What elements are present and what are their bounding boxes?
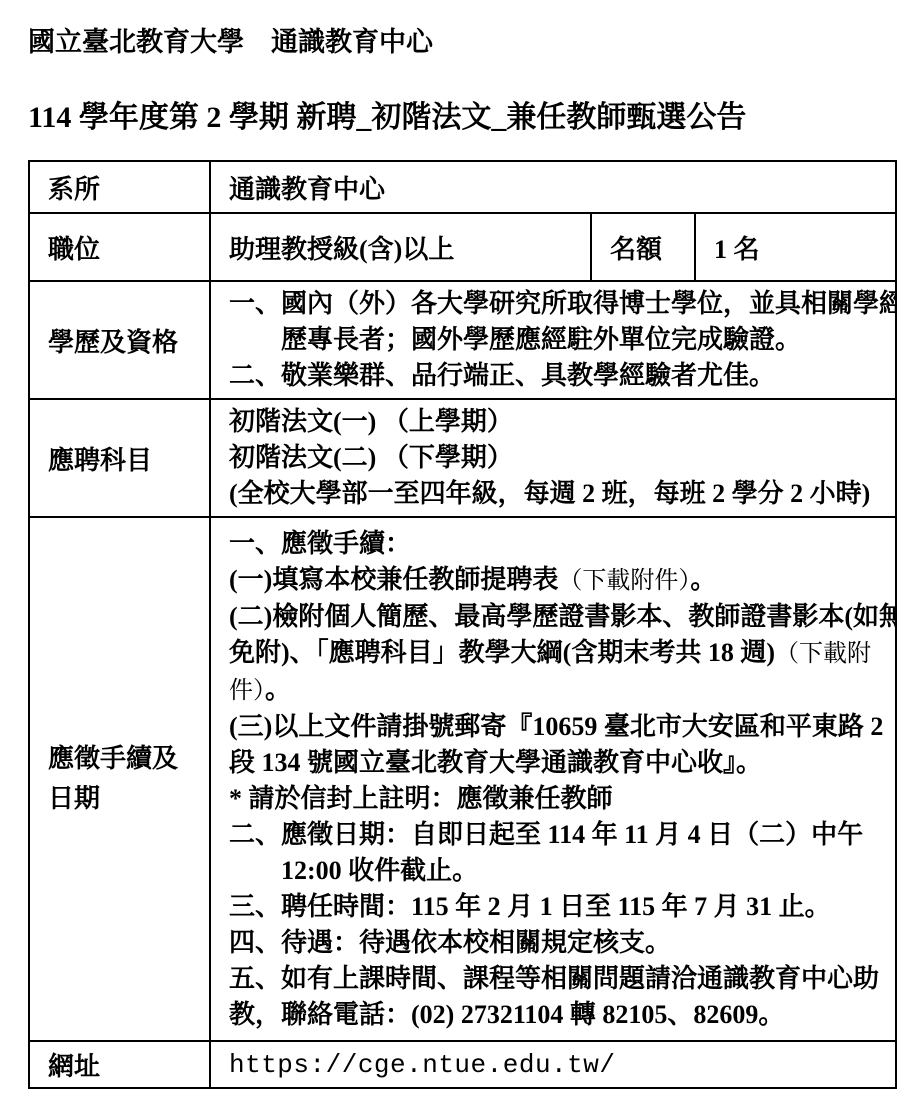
text-line: 段 134 號國立臺北教育大學通識教育中心收』。 bbox=[229, 745, 889, 781]
text-line: 歷專長者；國外學歷應經駐外單位完成驗證。 bbox=[229, 322, 889, 358]
text-segment: 。 bbox=[690, 565, 716, 594]
position-value: 助理教授級(含)以上 bbox=[210, 213, 591, 281]
text-line: (一)填寫本校兼任教師提聘表（下載附件）。 bbox=[229, 562, 889, 599]
attachment-note: （下載附 bbox=[775, 641, 871, 667]
text-line: * 請於信封上註明：應徵兼任教師 bbox=[229, 781, 889, 817]
row-subjects: 應聘科目 初階法文(一) （上學期）初階法文(二) （下學期）(全校大學部一至四… bbox=[29, 399, 896, 517]
text-line: (全校大學部一至四年級，每週 2 班，每班 2 學分 2 小時) bbox=[229, 476, 889, 512]
position-label: 職位 bbox=[29, 213, 210, 281]
row-department: 系所 通識教育中心 bbox=[29, 161, 896, 213]
text-line: 三、聘任時間：115 年 2 月 1 日至 115 年 7 月 31 止。 bbox=[229, 889, 889, 925]
document-page: 國立臺北教育大學 通識教育中心 114 學年度第 2 學期 新聘_初階法文_兼任… bbox=[0, 0, 919, 1089]
qualification-label: 學歷及資格 bbox=[29, 281, 210, 399]
text-line: 12:00 收件截止。 bbox=[229, 853, 889, 889]
text-line: 二、敬業樂群、品行端正、具教學經驗者尤佳。 bbox=[229, 358, 889, 394]
text-segment: 。 bbox=[265, 675, 291, 704]
text-line: 免附)、「應聘科目」教學大綱(含期末考共 18 週)（下載附 bbox=[229, 635, 889, 672]
text-line: 初階法文(一) （上學期） bbox=[229, 404, 889, 440]
department-label: 系所 bbox=[29, 161, 210, 213]
organization-title: 國立臺北教育大學 通識教育中心 bbox=[28, 22, 895, 62]
announcement-title: 114 學年度第 2 學期 新聘_初階法文_兼任教師甄選公告 bbox=[28, 98, 895, 138]
website-label: 網址 bbox=[29, 1041, 210, 1088]
department-value: 通識教育中心 bbox=[210, 161, 896, 213]
quota-label: 名額 bbox=[591, 213, 695, 281]
procedure-label-text: 應徵手續及日期 bbox=[48, 739, 203, 819]
procedure-content: 一、應徵手續：(一)填寫本校兼任教師提聘表（下載附件）。(二)檢附個人簡歷、最高… bbox=[210, 517, 896, 1041]
subjects-label: 應聘科目 bbox=[29, 399, 210, 517]
attachment-note: （下載附件） bbox=[558, 568, 690, 594]
text-line: 一、國內（外）各大學研究所取得博士學位，並具相關學經 bbox=[229, 286, 889, 322]
row-qualification: 學歷及資格 一、國內（外）各大學研究所取得博士學位，並具相關學經 歷專長者；國外… bbox=[29, 281, 896, 399]
row-website: 網址 https://cge.ntue.edu.tw/ bbox=[29, 1041, 896, 1088]
text-line: 四、待遇：待遇依本校相關規定核支。 bbox=[229, 925, 889, 961]
website-url-text: https://cge.ntue.edu.tw/ bbox=[229, 1050, 615, 1080]
row-procedure: 應徵手續及日期 一、應徵手續：(一)填寫本校兼任教師提聘表（下載附件）。(二)檢… bbox=[29, 517, 896, 1041]
text-line: 教，聯絡電話：(02) 27321104 轉 82105、82609。 bbox=[229, 997, 889, 1033]
qualification-content: 一、國內（外）各大學研究所取得博士學位，並具相關學經 歷專長者；國外學歷應經駐外… bbox=[210, 281, 896, 399]
text-line: 初階法文(二) （下學期） bbox=[229, 440, 889, 476]
announcement-table: 系所 通識教育中心 職位 助理教授級(含)以上 名額 1 名 學歷及資格 一、國… bbox=[28, 160, 897, 1089]
procedure-label: 應徵手續及日期 bbox=[29, 517, 210, 1041]
text-line: (二)檢附個人簡歷、最高學歷證書影本、教師證書影本(如無 bbox=[229, 599, 889, 635]
row-position: 職位 助理教授級(含)以上 名額 1 名 bbox=[29, 213, 896, 281]
text-segment: 免附)、「應聘科目」教學大綱(含期末考共 18 週) bbox=[229, 638, 775, 667]
website-url: https://cge.ntue.edu.tw/ bbox=[210, 1041, 896, 1088]
text-segment: (一)填寫本校兼任教師提聘表 bbox=[229, 565, 558, 594]
quota-value: 1 名 bbox=[695, 213, 896, 281]
text-line: (三)以上文件請掛號郵寄『10659 臺北市大安區和平東路 2 bbox=[229, 709, 889, 745]
text-line: 一、應徵手續： bbox=[229, 526, 889, 562]
text-line: 五、如有上課時間、課程等相關問題請洽通識教育中心助 bbox=[229, 961, 889, 997]
text-line: 件）。 bbox=[229, 672, 889, 709]
attachment-note: 件） bbox=[229, 678, 265, 704]
subjects-content: 初階法文(一) （上學期）初階法文(二) （下學期）(全校大學部一至四年級，每週… bbox=[210, 399, 896, 517]
text-line: 二、應徵日期：自即日起至 114 年 11 月 4 日（二）中午 bbox=[229, 817, 889, 853]
